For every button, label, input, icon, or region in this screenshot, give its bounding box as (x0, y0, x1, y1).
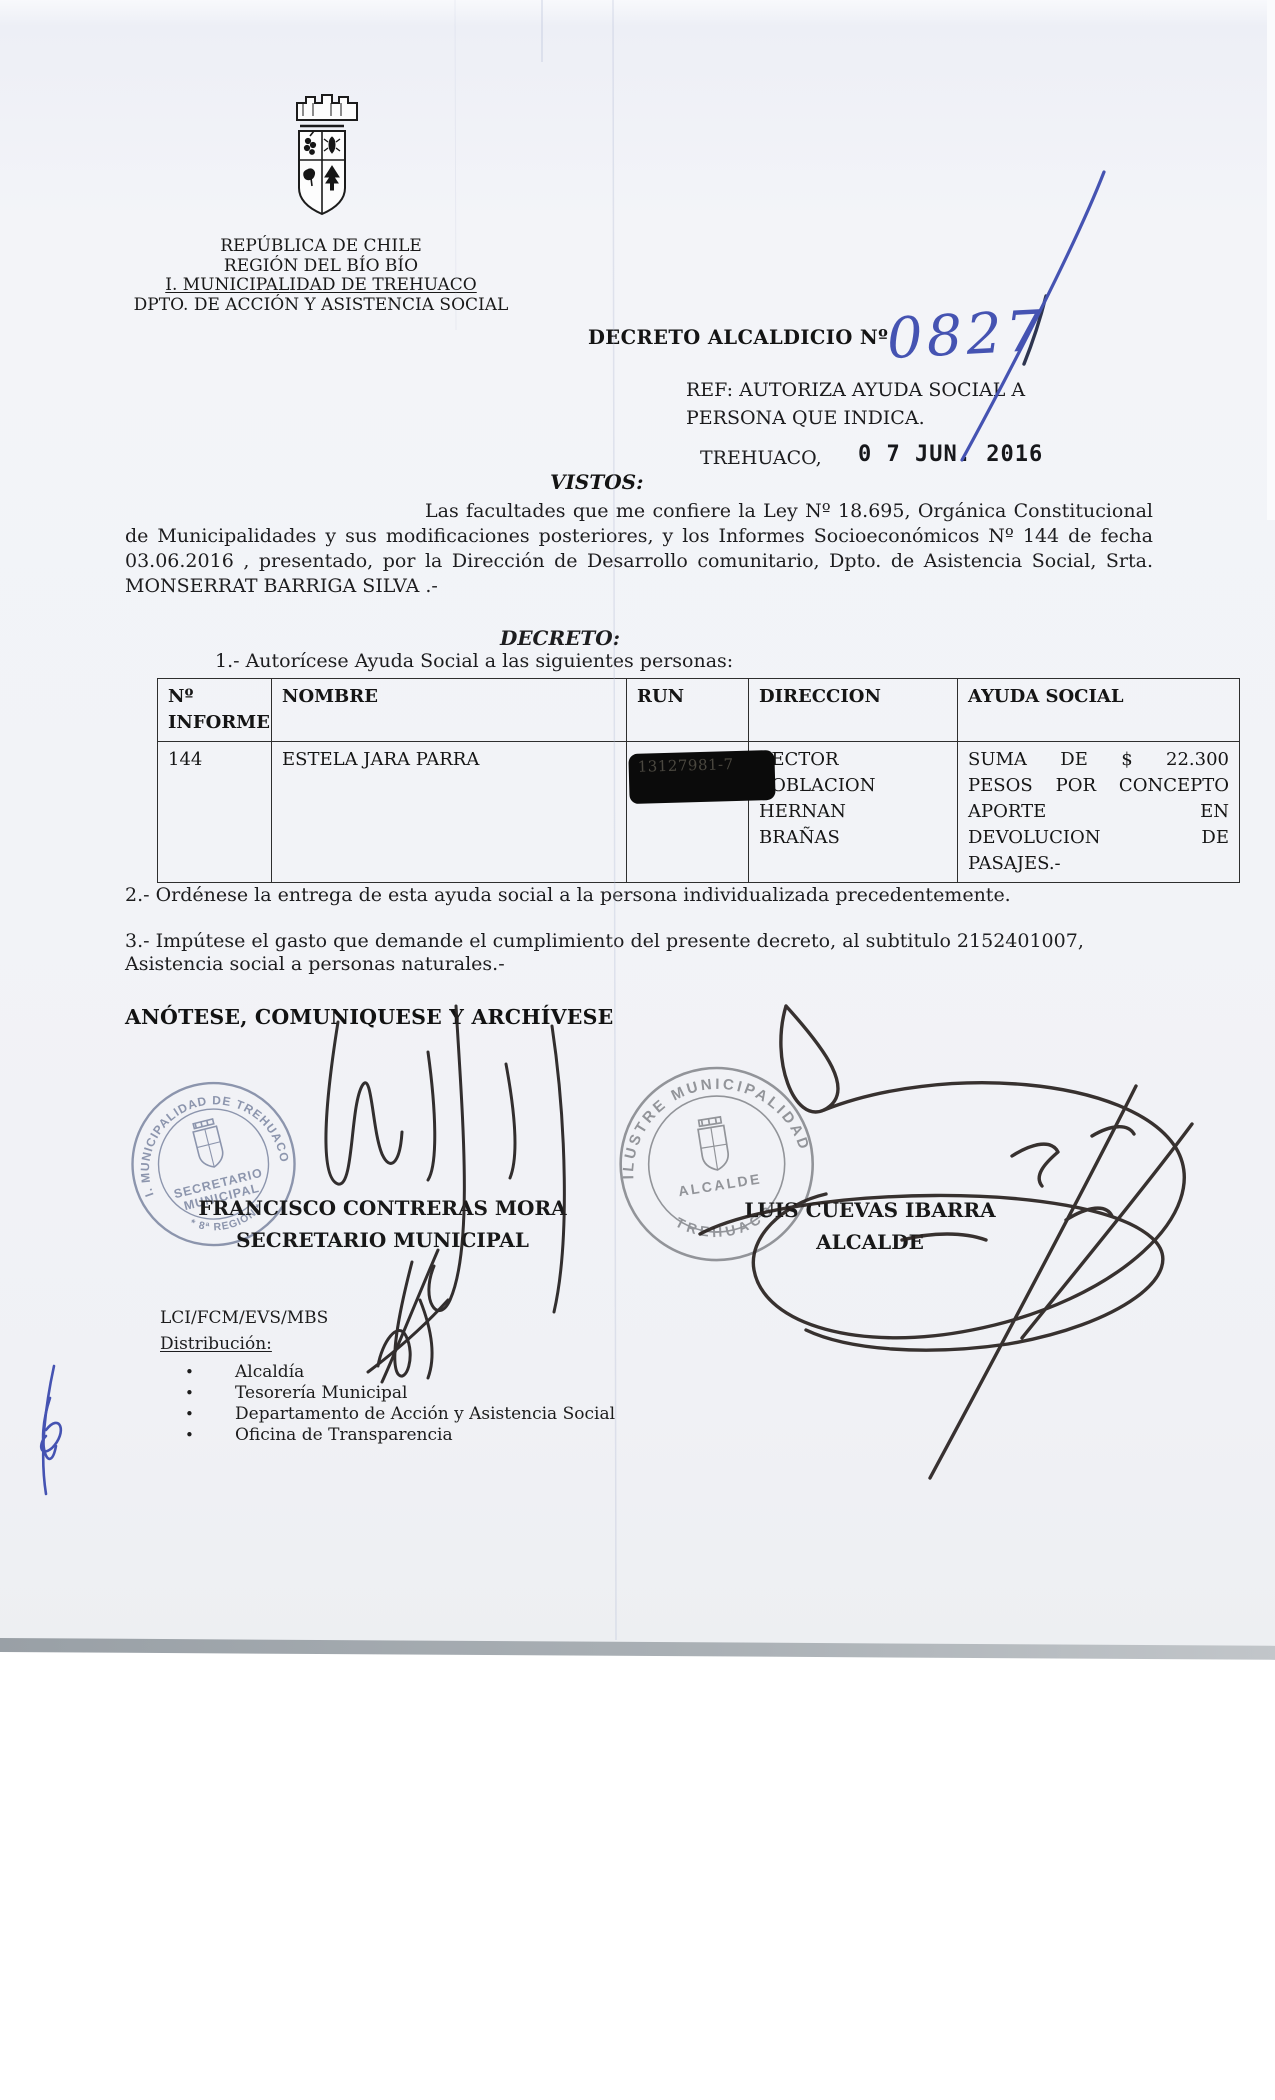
date-stamp: 0 7 JUN. 2016 (858, 442, 1043, 467)
letterhead-line-3: I. MUNICIPALIDAD DE TREHUACO (105, 276, 537, 296)
run-redaction-box: 13127981-7 (628, 750, 775, 804)
stamp-right-center: ALCALDE (677, 1170, 763, 1199)
svg-text:ILUSTRE MUNICIPALIDAD: ILUSTRE MUNICIPALIDAD (607, 1062, 814, 1182)
bullet-icon: • (185, 1405, 235, 1423)
header-nombre: NOMBRE (272, 679, 627, 742)
direccion-line: POBLACION (759, 773, 947, 799)
direccion-line: BRAÑAS (759, 825, 947, 851)
letterhead: REPÚBLICA DE CHILE REGIÓN DEL BÍO BÍO I.… (105, 237, 537, 315)
ref-block: REF: AUTORIZA AYUDA SOCIAL A PERSONA QUE… (686, 376, 1026, 432)
letterhead-line-1: REPÚBLICA DE CHILE (105, 237, 537, 257)
header-informe: Nº INFORME (158, 679, 272, 742)
ref-line-1: REF: AUTORIZA AYUDA SOCIAL A (686, 376, 1026, 404)
cell-informe: 144 (158, 742, 272, 883)
bullet-icon: • (185, 1363, 235, 1381)
header-direccion: DIRECCION (749, 679, 958, 742)
vistos-body: Las facultades que me confiere la Ley Nº… (125, 499, 1153, 599)
ayuda-line: APORTE EN (968, 799, 1229, 825)
letterhead-line-2: REGIÓN DEL BÍO BÍO (105, 257, 537, 277)
initials-line: LCI/FCM/EVS/MBS (160, 1308, 328, 1328)
place-line: TREHUACO, (700, 447, 822, 469)
stamp-right-arc-top: ILUSTRE MUNICIPALIDAD (607, 1062, 814, 1182)
ayuda-line: DEVOLUCION DE (968, 825, 1229, 851)
header-run: RUN (627, 679, 749, 742)
ayuda-line: SUMA DE $ 22.300 (968, 747, 1229, 773)
distribution-heading: Distribución: (160, 1334, 272, 1354)
decree-title: DECRETO ALCALDICIO Nº (588, 326, 888, 349)
scan-edge-highlight (1267, 0, 1275, 520)
cell-ayuda: SUMA DE $ 22.300 PESOS POR CONCEPTO APOR… (958, 742, 1240, 883)
decreto-item-3: 3.- Impútese el gasto que demande el cum… (125, 930, 1155, 976)
header-ayuda: AYUDA SOCIAL (958, 679, 1240, 742)
signature-left-role: SECRETARIO MUNICIPAL (190, 1228, 575, 1252)
coat-of-arms-icon (283, 90, 361, 232)
direccion-line: HERNAN (759, 799, 947, 825)
cell-direccion: SECTOR POBLACION HERNAN BRAÑAS (749, 742, 958, 883)
decreto-heading: DECRETO: (470, 626, 650, 650)
beneficiaries-table: Nº INFORME NOMBRE RUN DIRECCION AYUDA SO… (157, 678, 1240, 883)
closing-line: ANÓTESE, COMUNIQUESE Y ARCHÍVESE (125, 1005, 613, 1029)
direccion-line: SECTOR (759, 747, 947, 773)
letterhead-line-4: DPTO. DE ACCIÓN Y ASISTENCIA SOCIAL (105, 296, 537, 316)
distribution-item-label: Departamento de Acción y Asistencia Soci… (235, 1404, 615, 1424)
distribution-item-label: Oficina de Transparencia (235, 1425, 453, 1445)
ayuda-line: PASAJES.- (968, 851, 1229, 877)
cell-run: 13127981-7 (627, 742, 749, 883)
distribution-item: •Oficina de Transparencia (185, 1425, 453, 1445)
distribution-item: •Alcaldía (185, 1362, 304, 1382)
signature-left-name: FRANCISCO CONTRERAS MORA (190, 1196, 575, 1220)
distribution-item-label: Alcaldía (235, 1362, 304, 1382)
run-value: 13127981-7 (637, 751, 734, 780)
bullet-icon: • (185, 1426, 235, 1444)
signature-right-name: LUIS CUEVAS IBARRA (680, 1198, 1060, 1222)
signature-right-role: ALCALDE (680, 1230, 1060, 1254)
ref-line-2: PERSONA QUE INDICA. (686, 404, 1026, 432)
vistos-heading: VISTOS: (550, 470, 643, 494)
cell-nombre: ESTELA JARA PARRA (272, 742, 627, 883)
distribution-item-label: Tesorería Municipal (235, 1383, 407, 1403)
distribution-item: •Departamento de Acción y Asistencia Soc… (185, 1404, 615, 1424)
decreto-item-2: 2.- Ordénese la entrega de esta ayuda so… (125, 884, 1155, 906)
decreto-item-1: 1.- Autorícese Ayuda Social a las siguie… (215, 650, 733, 672)
scanned-document: REPÚBLICA DE CHILE REGIÓN DEL BÍO BÍO I.… (0, 0, 1275, 2100)
table-row: 144 ESTELA JARA PARRA 13127981-7 SECTOR … (158, 742, 1240, 883)
ayuda-line: PESOS POR CONCEPTO (968, 773, 1229, 799)
distribution-item: •Tesorería Municipal (185, 1383, 407, 1403)
table-header-row: Nº INFORME NOMBRE RUN DIRECCION AYUDA SO… (158, 679, 1240, 742)
bullet-icon: • (185, 1384, 235, 1402)
